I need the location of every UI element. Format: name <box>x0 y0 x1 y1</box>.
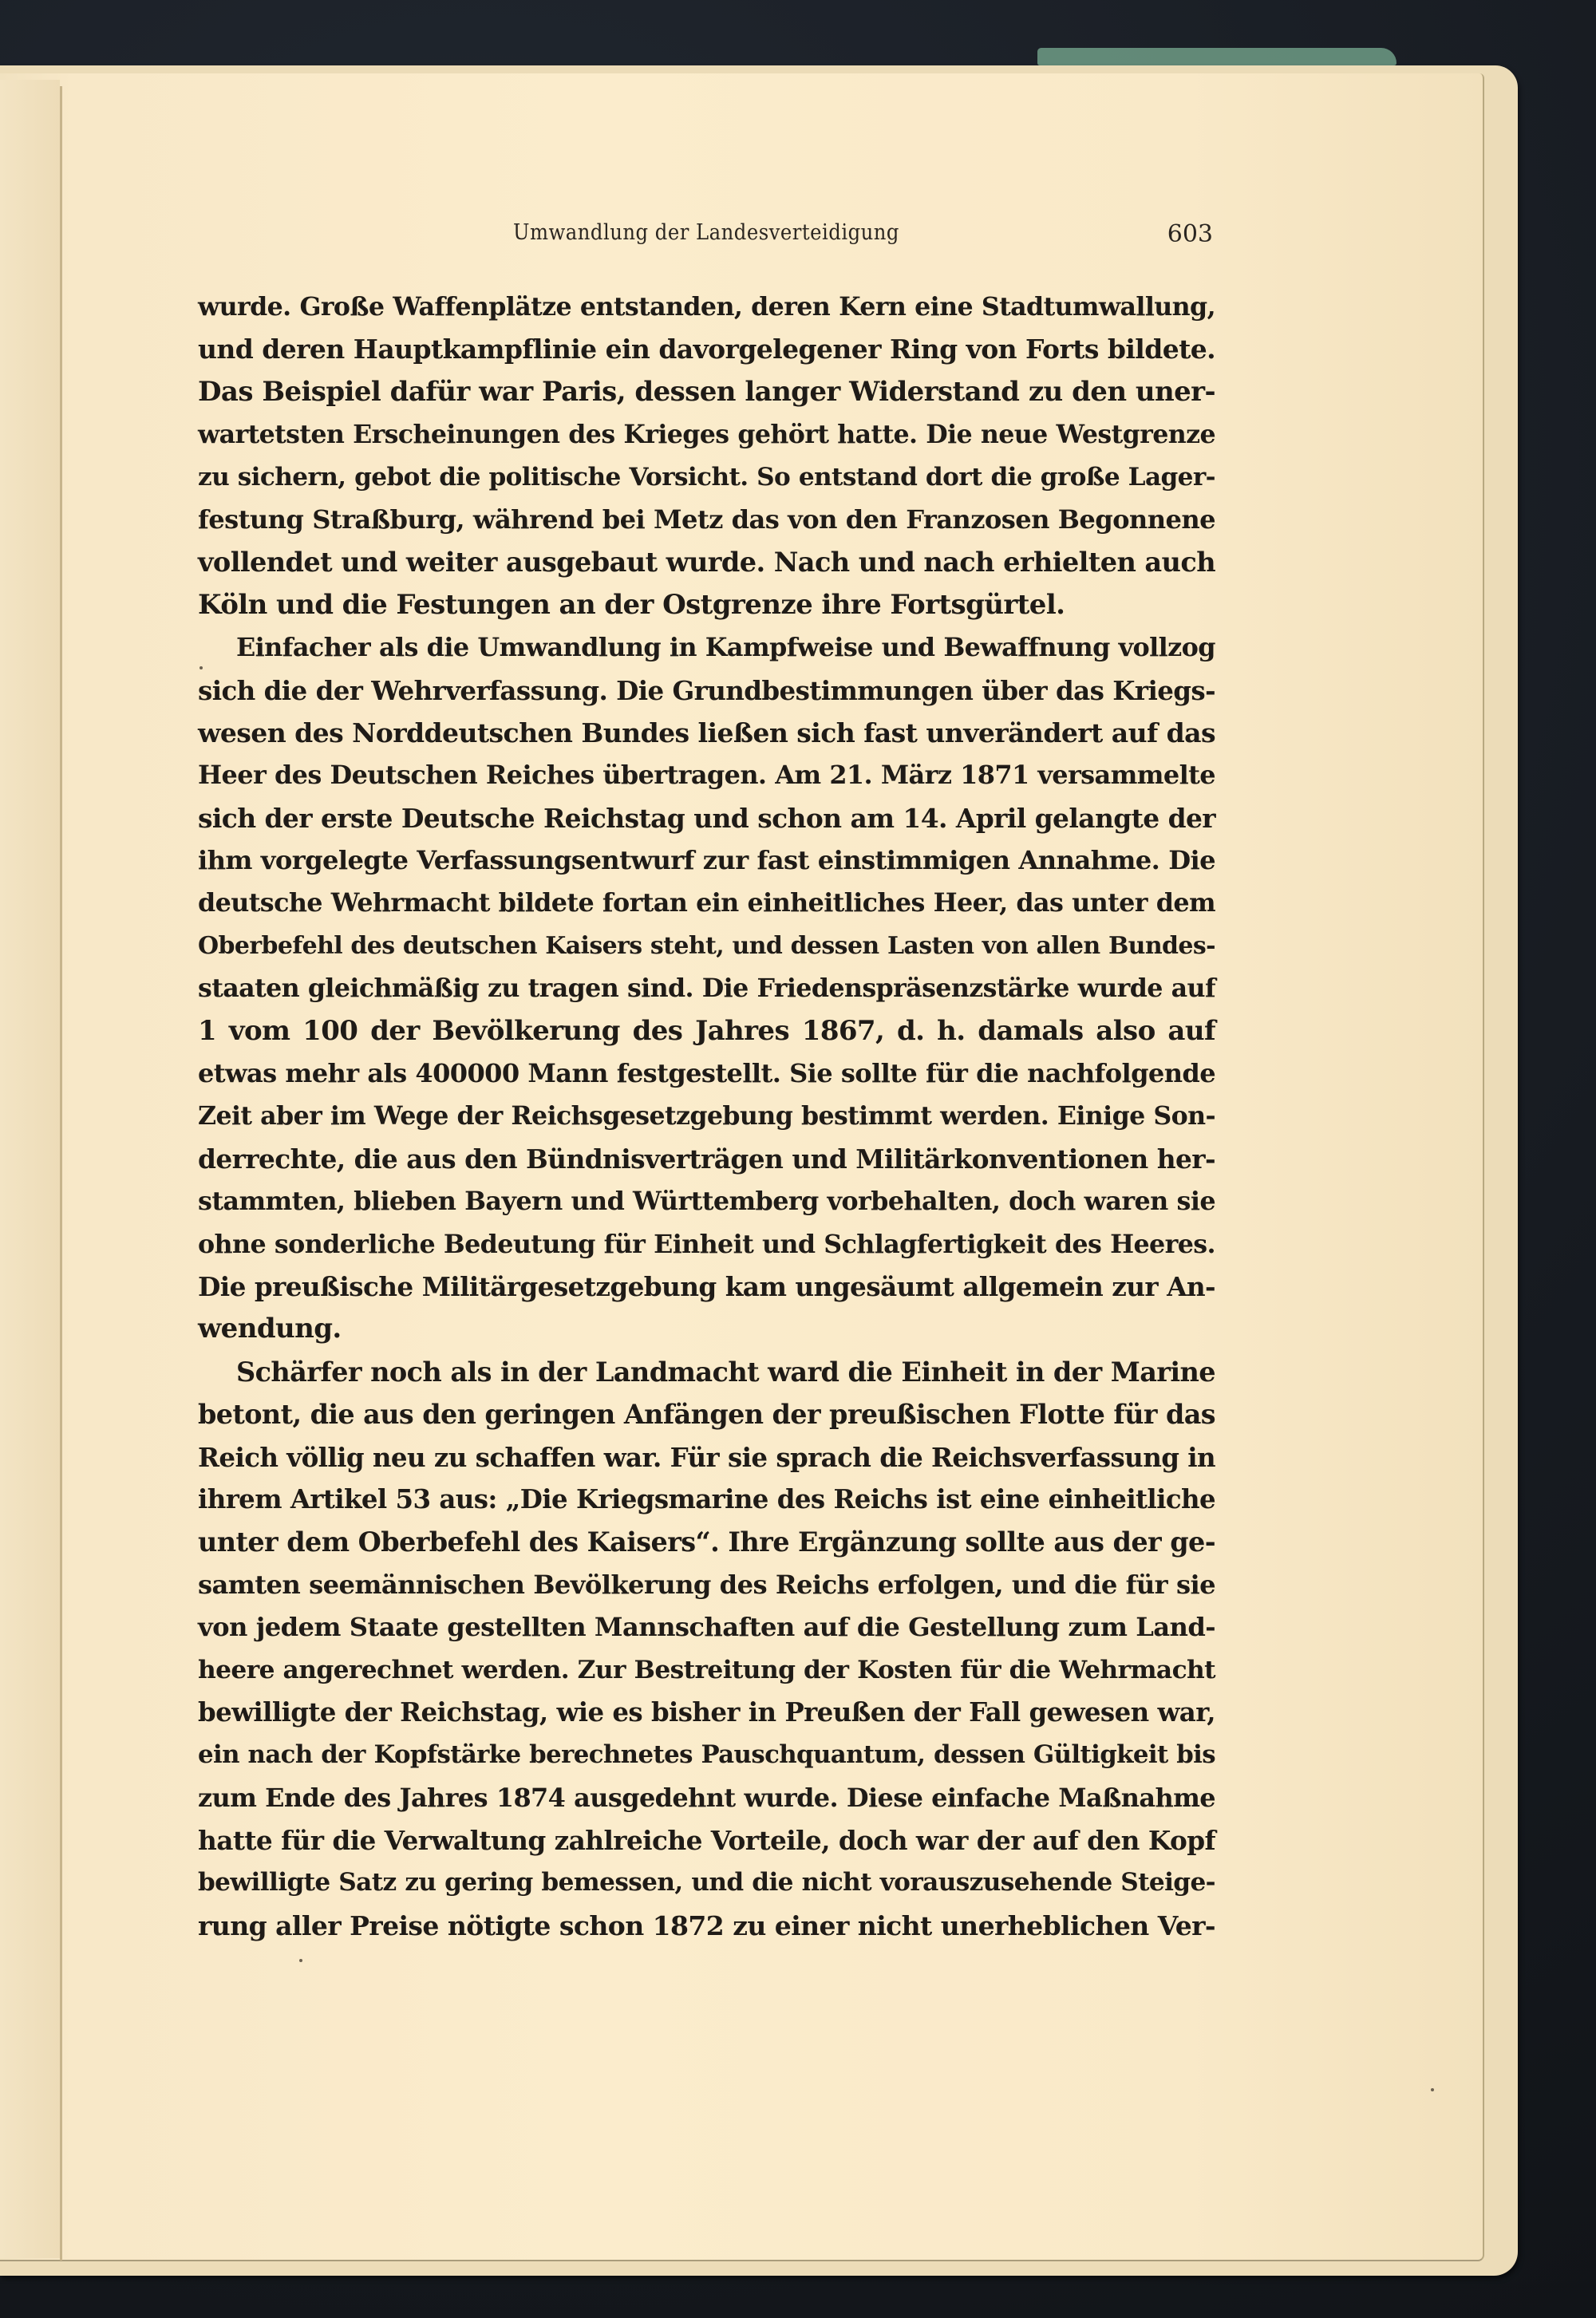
text-line: ihm vorgelegte Verfassungsentwurf zur fa… <box>198 839 1215 882</box>
text-line: unter dem Oberbefehl des Kaisers“. Ihre … <box>198 1521 1215 1563</box>
body-text: wurde. Große Waffenplätze entstanden, de… <box>198 286 1215 1947</box>
text-line: Zeit aber im Wege der Reichsgesetzgebung… <box>198 1095 1215 1137</box>
text-line: staaten gleichmäßig zu tragen sind. Die … <box>198 967 1215 1009</box>
paper-speck <box>1431 2088 1434 2091</box>
text-line: sich die der Wehrverfassung. Die Grundbe… <box>198 669 1215 712</box>
paper-speck <box>199 666 203 669</box>
page-number: 603 <box>1167 220 1213 248</box>
text-line: wartetsten Erscheinungen des Krieges geh… <box>198 413 1215 456</box>
text-line: zu sichern, gebot die politische Vorsich… <box>198 456 1215 499</box>
text-line: vollendet und weiter ausgebaut wurde. Na… <box>198 541 1215 583</box>
book-gutter <box>60 86 62 2261</box>
text-line: Die preußische Militärgesetzgebung kam u… <box>198 1266 1215 1308</box>
text-line: bewilligte der Reichstag, wie es bisher … <box>198 1692 1215 1734</box>
text-line: bewilligte Satz zu gering bemessen, und … <box>198 1862 1215 1904</box>
text-line: Das Beispiel dafür war Paris, dessen lan… <box>198 371 1215 413</box>
text-line: und deren Hauptkampflinie ein davorgeleg… <box>198 328 1215 370</box>
text-line: Heer des Deutschen Reiches übertragen. A… <box>198 754 1215 796</box>
text-line: samten seemännischen Bevölkerung des Rei… <box>198 1564 1215 1606</box>
text-line: 1 vom 100 der Bevölkerung des Jahres 186… <box>198 1010 1215 1052</box>
text-line: ohne sonderliche Bedeutung für Einheit u… <box>198 1223 1215 1266</box>
text-line: betont, die aus den geringen Anfängen de… <box>198 1393 1215 1435</box>
text-line: von jedem Staate gestellten Mannschaften… <box>198 1606 1215 1649</box>
text-line: Schärfer noch als in der Landmacht ward … <box>198 1351 1215 1393</box>
text-line: ihrem Artikel 53 aus: „Die Kriegsmarine … <box>198 1479 1215 1521</box>
text-line: deutsche Wehrmacht bildete fortan ein ei… <box>198 882 1215 924</box>
paper-speck <box>299 1959 302 1962</box>
text-line: stammten, blieben Bayern und Württemberg… <box>198 1180 1215 1222</box>
running-header: Umwandlung der Landesverteidigung 603 <box>199 220 1213 260</box>
text-line: hatte für die Verwaltung zahlreiche Vort… <box>198 1819 1215 1862</box>
facing-page-edge <box>0 80 60 2258</box>
text-line: wendung. <box>198 1308 1215 1350</box>
running-title: Umwandlung der Landesverteidigung <box>199 220 1213 245</box>
text-line: ein nach der Kopfstärke berechnetes Paus… <box>198 1734 1215 1776</box>
text-line: Reich völlig neu zu schaffen war. Für si… <box>198 1436 1215 1479</box>
text-line: wurde. Große Waffenplätze entstanden, de… <box>198 286 1215 328</box>
text-line: festung Straßburg, während bei Metz das … <box>198 499 1215 541</box>
text-line: Einfacher als die Umwandlung in Kampfwei… <box>198 626 1215 669</box>
text-line: wesen des Norddeutschen Bundes ließen si… <box>198 712 1215 754</box>
text-line: zum Ende des Jahres 1874 ausgedehnt wurd… <box>198 1777 1215 1819</box>
text-line: sich der erste Deutsche Reichstag und sc… <box>198 797 1215 839</box>
text-line: heere angerechnet werden. Zur Bestreitun… <box>198 1649 1215 1692</box>
text-line: Oberbefehl des deutschen Kaisers steht, … <box>198 925 1215 967</box>
text-line: derrechte, die aus den Bündnisverträgen … <box>198 1138 1215 1180</box>
book-cover-edge <box>1037 48 1396 65</box>
text-line: Köln und die Festungen an der Ostgrenze … <box>198 584 1215 626</box>
text-line: rung aller Preise nötigte schon 1872 zu … <box>198 1905 1215 1947</box>
text-line: etwas mehr als 400000 Mann festgestellt.… <box>198 1052 1215 1095</box>
